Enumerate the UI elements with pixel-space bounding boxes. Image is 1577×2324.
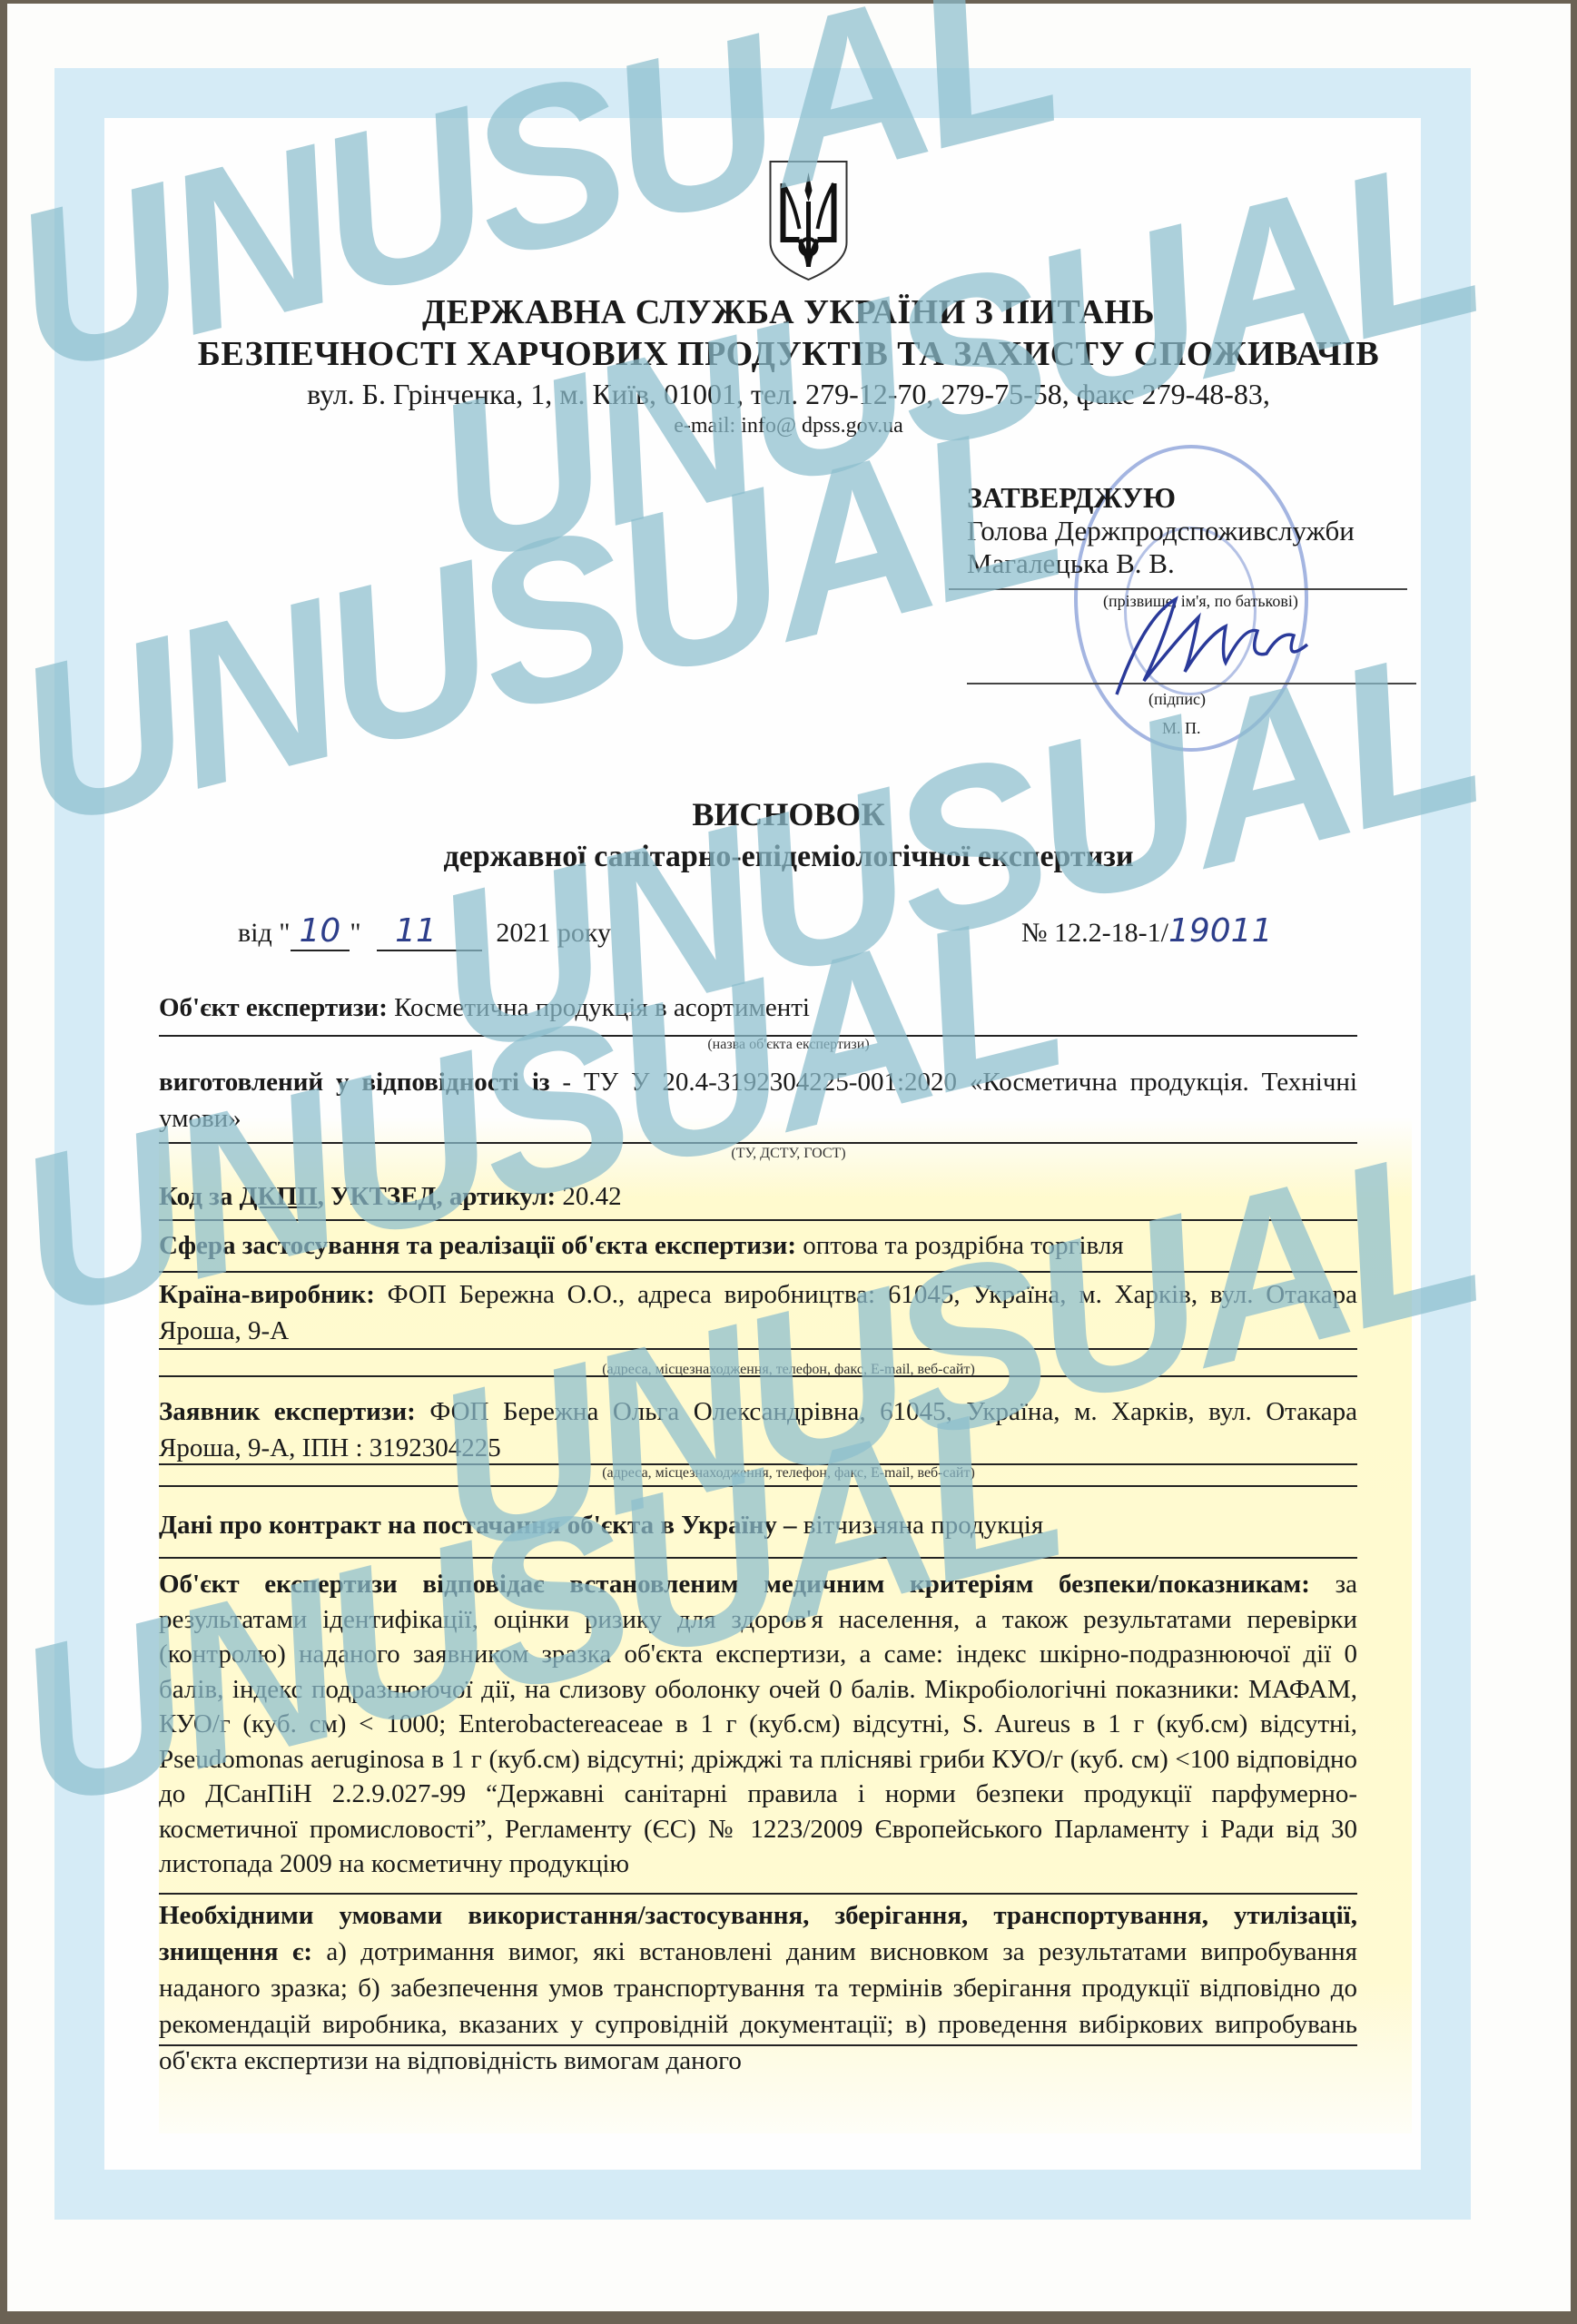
agency-email: e-mail: info@ dpss.gov.ua: [0, 414, 1577, 438]
field-applicant: Заявник експертизи: ФОП Бережна Ольга Ол…: [159, 1393, 1357, 1466]
document-subtitle: державної санітарно-епідеміологічної екс…: [0, 840, 1577, 874]
scope-label: Сфера застосування та реалізації об'єкта…: [159, 1231, 796, 1260]
field-country: Країна-виробник: ФОП Бережна О.О., адрес…: [159, 1276, 1357, 1349]
object-caption: (назва об'єкта експертизи): [0, 1037, 1577, 1053]
rule: [159, 1893, 1357, 1895]
rule: [159, 1219, 1357, 1221]
conditions-value: а) дотримання вимог, які встановлені дан…: [159, 1937, 1357, 2075]
field-contract: Дані про контракт на постачання об'єкта …: [159, 1507, 1357, 1543]
date-row: від "10" 11 2021 року: [238, 912, 611, 950]
approver-name: Магалецька В. В.: [967, 547, 1439, 580]
applicant-label: Заявник експертизи:: [159, 1397, 416, 1426]
document-title: ВИСНОВОК: [0, 795, 1577, 833]
code-value: 20.42: [556, 1182, 622, 1211]
code-label-dkpp: ДКПП: [240, 1182, 318, 1211]
approver-position: Голова Держпродспоживслужби: [967, 515, 1439, 547]
country-label: Країна-виробник:: [159, 1280, 375, 1309]
rule: [159, 1485, 1357, 1487]
date-month: 11: [377, 912, 482, 951]
seal-caption: М. П.: [1162, 719, 1201, 738]
trident-coat-of-arms-icon: [761, 156, 856, 283]
scope-value: оптова та роздрібна торгівля: [796, 1231, 1124, 1260]
compliance-value: за результатами ідентифікації, оцінки ри…: [159, 1570, 1357, 1878]
object-label: Об'єкт експертизи:: [159, 993, 388, 1022]
date-prefix: від ": [238, 918, 291, 948]
agency-name-line-1: ДЕРЖАВНА СЛУЖБА УКРАЇНИ З ПИТАНЬ: [0, 292, 1577, 332]
made-label: виготовлений у відповідності із: [159, 1068, 550, 1097]
made-caption: (ТУ, ДСТУ, ГОСТ): [0, 1146, 1577, 1162]
rule: [159, 1271, 1357, 1273]
field-conditions: Необхідними умовами використання/застосу…: [159, 1897, 1357, 2079]
field-compliance: Об'єкт експертизи відповідає встановлени…: [159, 1567, 1357, 1882]
number-prefix: № 12.2-18-1/: [1021, 918, 1168, 948]
date-year: 2021 року: [496, 918, 611, 948]
agency-name-line-2: БЕЗПЕЧНОСТІ ХАРЧОВИХ ПРОДУКТІВ ТА ЗАХИСТ…: [0, 334, 1577, 374]
date-day: 10: [291, 912, 350, 951]
conclusion-document: ДЕРЖАВНА СЛУЖБА УКРАЇНИ З ПИТАНЬ БЕЗПЕЧН…: [0, 0, 1577, 2324]
field-scope: Сфера застосування та реалізації об'єкта…: [159, 1227, 1357, 1264]
approval-block: ЗАТВЕРДЖУЮ Голова Держпродспоживслужби М…: [967, 481, 1439, 580]
compliance-label: Об'єкт експертизи відповідає встановлени…: [159, 1570, 1310, 1599]
object-value: Косметична продукція в асортименті: [394, 993, 810, 1022]
code-label-prefix: Код за: [159, 1182, 240, 1211]
applicant-caption: (адреса, місцезнаходження, телефон, факс…: [0, 1465, 1577, 1482]
field-made-per: виготовлений у відповідності із - ТУ У 2…: [159, 1064, 1357, 1137]
handwritten-signature-icon: [1089, 581, 1326, 699]
date-quote: ": [350, 918, 360, 948]
contract-label: Дані про контракт на постачання об'єкта …: [159, 1511, 797, 1540]
number-handwritten: 19011: [1168, 912, 1273, 950]
rule: [159, 1142, 1357, 1144]
rule: [159, 1557, 1357, 1559]
country-caption: (адреса, місцезнаходження, телефон, факс…: [0, 1362, 1577, 1378]
document-number: № 12.2-18-1/19011: [1021, 912, 1272, 950]
agency-address: вул. Б. Грінченка, 1, м. Київ, 01001, те…: [0, 378, 1577, 411]
field-code: Код за ДКПП, УКТЗЕД, артикул: 20.42: [159, 1178, 1357, 1215]
rule: [159, 1348, 1357, 1350]
rule: [159, 2044, 1357, 2046]
code-label-suffix: , УКТЗЕД, артикул:: [318, 1182, 556, 1211]
field-object: Об'єкт експертизи: Косметична продукція …: [159, 990, 1357, 1026]
approval-label: ЗАТВЕРДЖУЮ: [967, 481, 1439, 515]
contract-value: вітчизняна продукція: [797, 1511, 1044, 1540]
